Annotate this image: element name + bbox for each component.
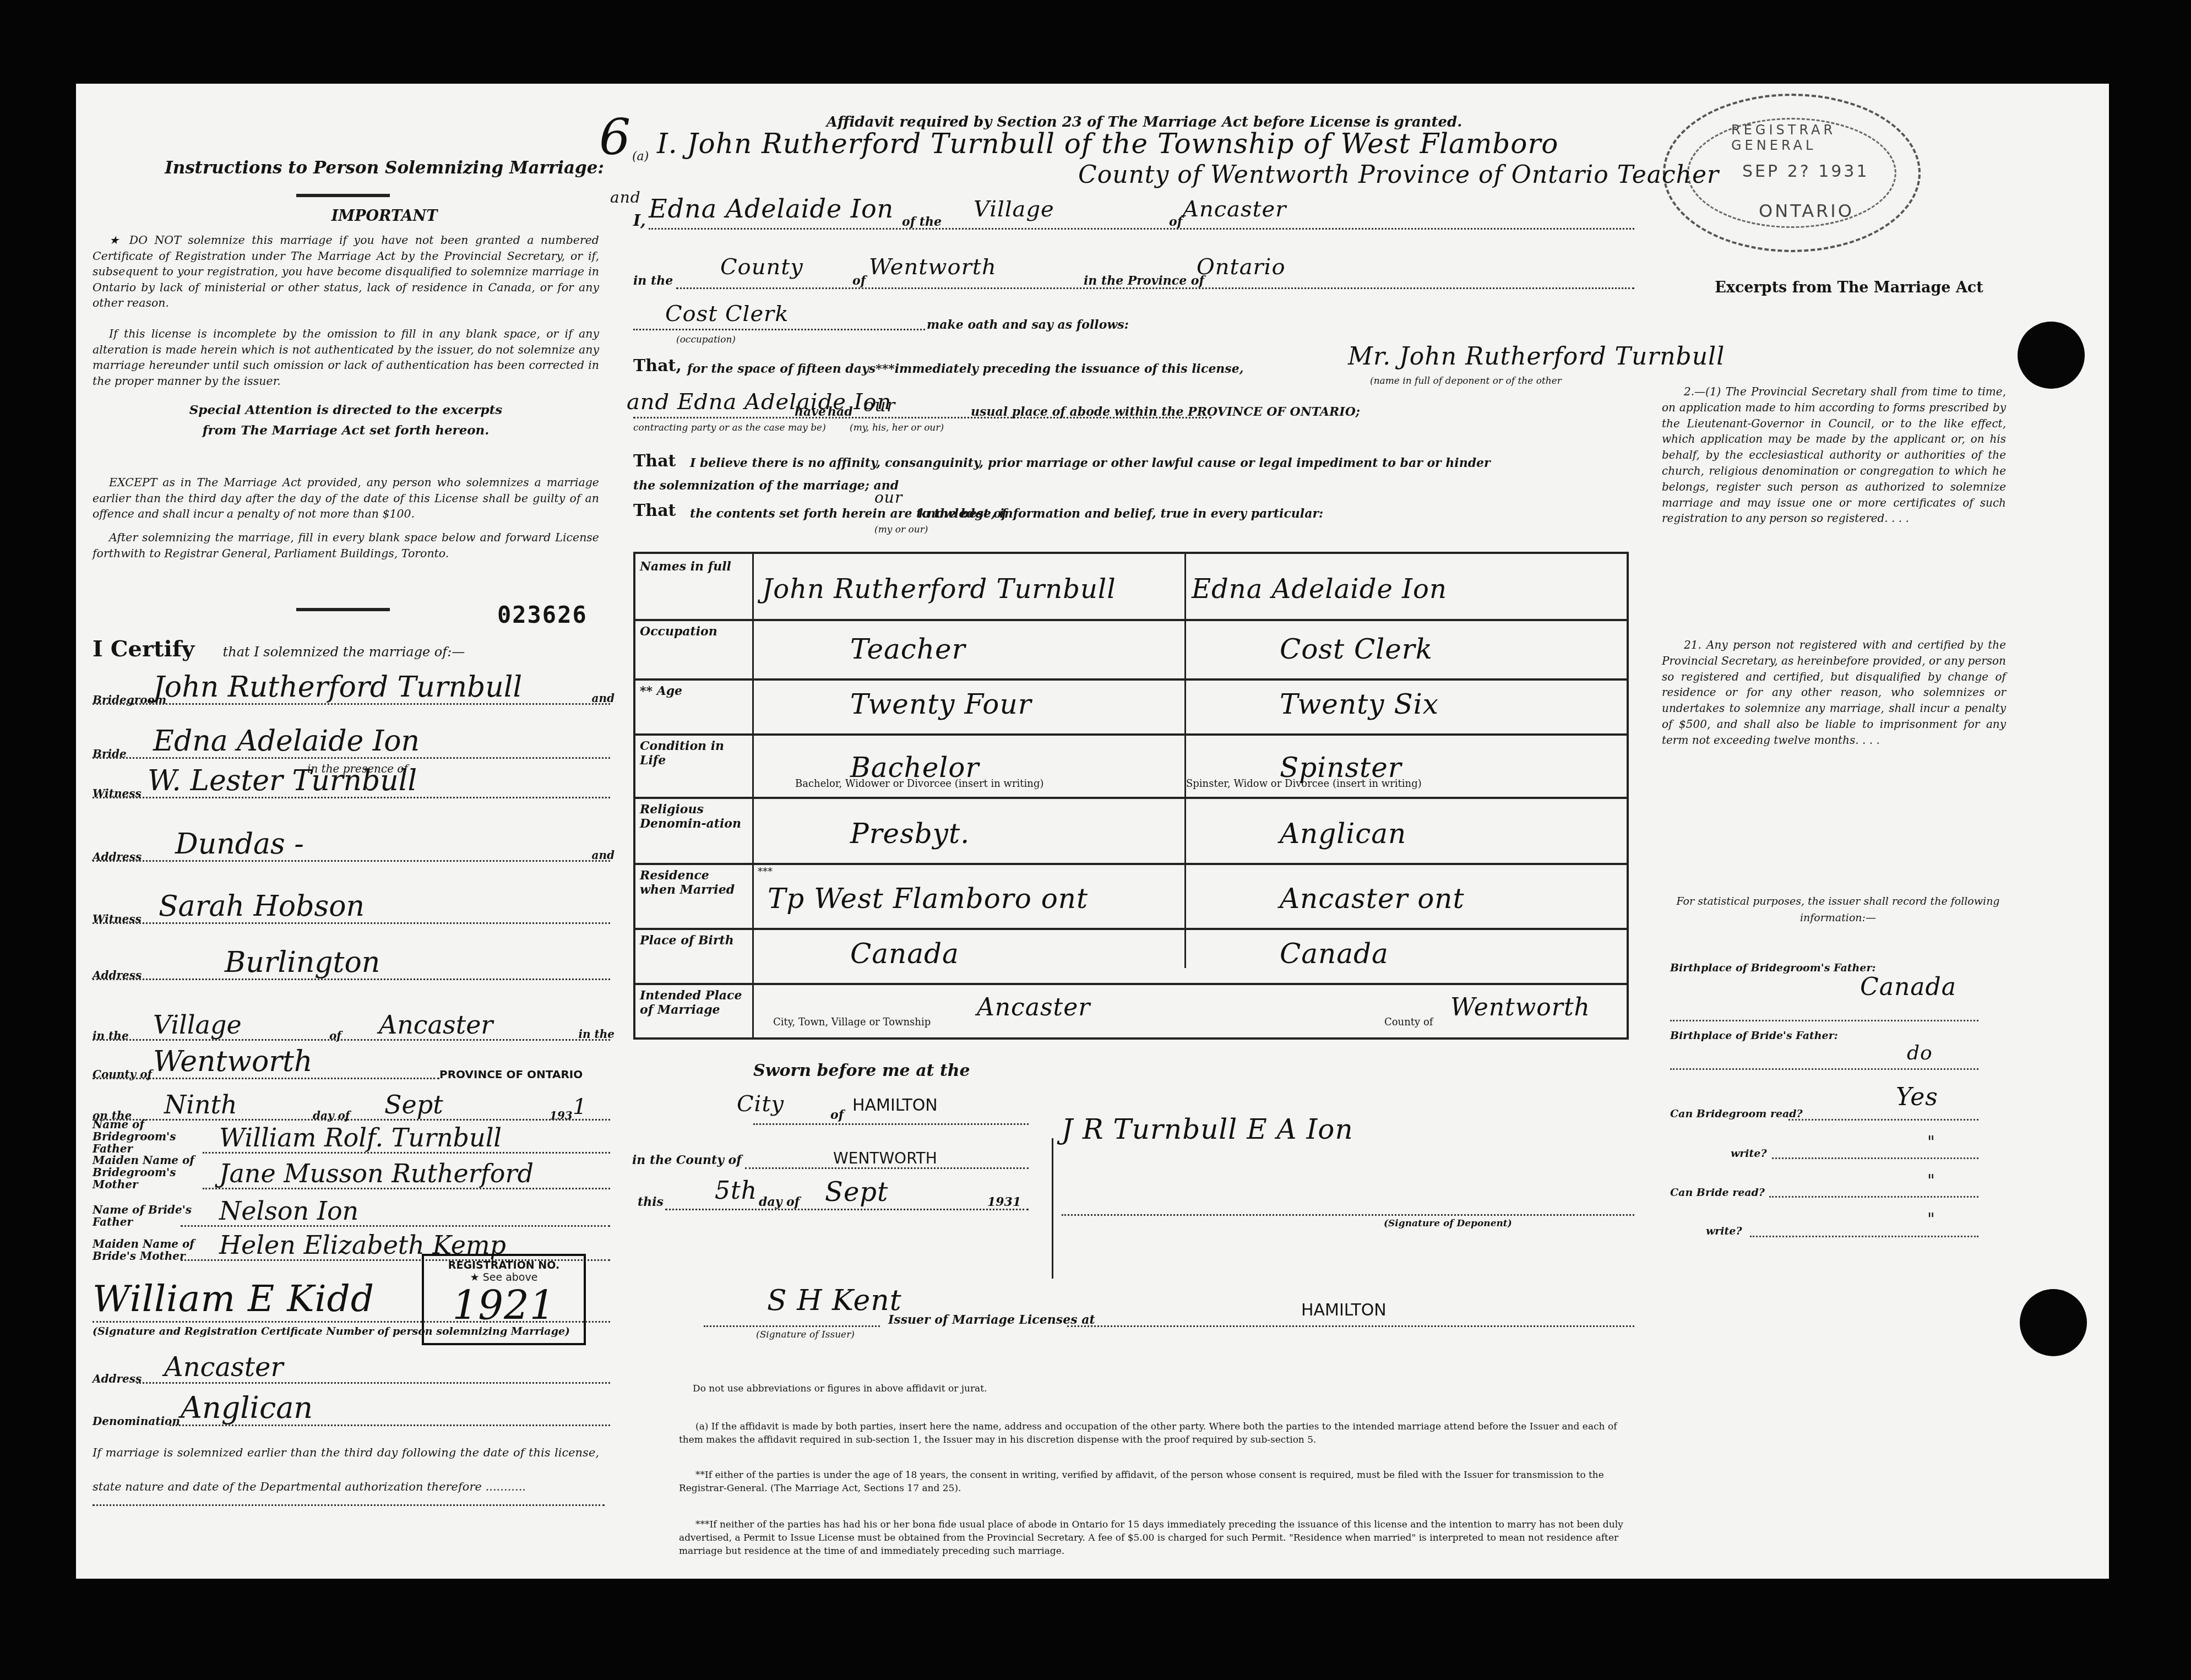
bridegroom-value: John Rutherford Turnbull	[153, 671, 522, 704]
row-label: Place of Birth	[640, 933, 744, 948]
witness2-field[interactable]: Witness Sarah Hobson	[93, 870, 610, 925]
city-hint: City, Town, Village or Township	[773, 1016, 931, 1028]
divider	[296, 194, 390, 197]
stamp-date: SEP 2? 1931	[1742, 162, 1869, 181]
row-label: Intended Place of Marriage	[640, 988, 744, 1017]
signature-caption: (Signature and Registration Certificate …	[93, 1325, 570, 1338]
deponent2-occupation: Cost Clerk	[665, 301, 789, 327]
province-name: Ontario	[1197, 254, 1285, 280]
footnote-double-star: **If either of the parties is under the …	[679, 1469, 1637, 1495]
bride-0: Edna Adelaide Ion	[1192, 574, 1447, 605]
particulars-table: Names in fullJohn Rutherford TurnbullEdn…	[633, 552, 1629, 1040]
denomination-field[interactable]: Denomination Anglican	[93, 1383, 610, 1427]
instruction-para-4: After solemnizing the marriage, fill in …	[93, 530, 599, 561]
sworn-city: HAMILTON	[852, 1096, 938, 1115]
statistical-intro: For statistical purposes, the issuer sha…	[1667, 893, 2009, 926]
groom-5: Tp West Flamboro ont	[768, 883, 1088, 915]
table-row: Condition in LifeBachelorSpinsterBachelo…	[635, 733, 1627, 799]
intended-county: Wentworth	[1450, 993, 1590, 1021]
row-label: ** Age	[640, 684, 744, 698]
footnote-a: (a) If the affidavit is made by both par…	[679, 1420, 1637, 1447]
deponent1-line: I. John Rutherford Turnbull of the Towns…	[657, 128, 1558, 160]
deponent1-line2: County of Wentworth Province of Ontario …	[1078, 161, 1719, 189]
county-name: Wentworth	[869, 254, 997, 280]
issuer-place: HAMILTON	[1301, 1301, 1387, 1320]
row-label: Occupation	[640, 624, 744, 639]
groom-condition-hint: Bachelor, Widower or Divorcee (insert in…	[795, 778, 1044, 790]
bride-can-read: "	[1927, 1171, 1936, 1190]
address1-field[interactable]: Address Dundas - and	[93, 808, 610, 863]
bride-condition-hint: Spinster, Widow or Divorcee (insert in w…	[1186, 778, 1422, 790]
bride-2: Twenty Six	[1280, 688, 1439, 720]
punch-hole	[2018, 322, 2085, 389]
groom-can-write: "	[1927, 1133, 1936, 1152]
county-hint: County of	[1384, 1016, 1433, 1028]
table-row: Residence when MarriedTp West Flamboro o…	[635, 863, 1627, 930]
punch-hole	[2020, 1289, 2087, 1356]
witness1-field[interactable]: Witness W. Lester Turnbull	[93, 744, 610, 800]
instructions-title: Instructions to Person Solemnizing Marri…	[120, 158, 649, 178]
bride-can-write: "	[1927, 1210, 1936, 1229]
bride-father-birthplace: do	[1907, 1042, 1933, 1064]
address2-value: Burlington	[225, 946, 380, 979]
groom-1: Teacher	[850, 633, 966, 665]
table-row: ** AgeTwenty FourTwenty Six	[635, 678, 1627, 736]
important-heading: IMPORTANT	[120, 208, 649, 225]
special-attention-2: from The Marriage Act set forth hereon.	[93, 421, 599, 441]
divider	[296, 608, 390, 611]
footnote-no-abbreviations: Do not use abbreviations or figures in a…	[693, 1382, 1651, 1395]
row-label: Condition in Life	[640, 739, 744, 768]
officiant-address-value: Ancaster	[164, 1352, 283, 1383]
sworn-day: 5th	[715, 1177, 757, 1205]
groom-can-read: Yes	[1896, 1083, 1938, 1111]
denomination-value: Anglican	[181, 1390, 313, 1425]
deponent2-name: Edna Adelaide Ion	[649, 194, 894, 224]
sworn-month: Sept	[825, 1177, 888, 1208]
groom-father-birthplace: Canada	[1860, 973, 1956, 1001]
instruction-para-2: If this license is incomplete by the omi…	[93, 326, 599, 389]
groom-4: Presbyt.	[850, 818, 970, 850]
address1-value: Dundas -	[175, 828, 304, 861]
instruction-para-3: EXCEPT as in The Marriage Act provided, …	[93, 475, 599, 522]
bride-6: Canada	[1280, 938, 1389, 970]
table-row: Religious Denomin-ationPresbyt.Anglican	[635, 797, 1627, 865]
address2-field[interactable]: Address Burlington	[93, 926, 610, 981]
marriage-license-document: Instructions to Person Solemnizing Marri…	[76, 84, 2109, 1579]
bride-4: Anglican	[1280, 818, 1406, 850]
instruction-para-1: ★ DO NOT solemnize this marriage if you …	[93, 232, 599, 311]
table-row: Intended Place of MarriageCity, Town, Vi…	[635, 983, 1627, 1037]
license-serial-number: 023626	[497, 601, 588, 628]
officiant-signature: William E Kidd	[93, 1277, 374, 1320]
row-label: Religious Denomin-ation	[640, 802, 744, 831]
sworn-label: Sworn before me at the	[753, 1061, 970, 1080]
place-name: Ancaster	[1183, 197, 1286, 222]
row-label: Names in full	[640, 559, 744, 574]
row-label: Residence when Married	[640, 868, 744, 897]
sworn-county: WENTWORTH	[833, 1149, 937, 1167]
groom-2: Twenty Four	[850, 688, 1032, 720]
place-type: Village	[974, 197, 1054, 222]
footnote-triple-star: ***If neither of the parties has had his…	[679, 1518, 1637, 1558]
early-solemnization-note: If marriage is solemnized earlier than t…	[93, 1436, 599, 1504]
margin-mark: 6	[599, 108, 631, 166]
table-row: Place of BirthCanadaCanada	[635, 928, 1627, 985]
table-row: OccupationTeacherCost Clerk	[635, 619, 1627, 681]
officiant-address-field[interactable]: Address Ancaster	[93, 1344, 610, 1385]
bride-5: Ancaster ont	[1280, 883, 1465, 915]
table-row: Names in fullJohn Rutherford TurnbullEdn…	[635, 554, 1627, 621]
bridegroom-field[interactable]: Bridegroom John Rutherford Turnbull and	[93, 651, 610, 706]
groom-0: John Rutherford Turnbull	[762, 574, 1116, 605]
excerpts-title: Excerpts from The Marriage Act	[1662, 279, 2036, 296]
deponent-signatures: J R Turnbull E A Ion	[1062, 1113, 1353, 1145]
sworn-year: 1931	[987, 1195, 1021, 1209]
issuer-signature: S H Kent	[767, 1284, 902, 1317]
residency-name-1: Mr. John Rutherford Turnbull	[1348, 342, 1725, 371]
witness2-value: Sarah Hobson	[159, 890, 365, 923]
act-section-2: 2.—(1) The Provincial Secretary shall fr…	[1662, 384, 2006, 526]
footnote-mark: ***	[758, 866, 773, 878]
bride-1: Cost Clerk	[1280, 633, 1433, 665]
intended-city: Ancaster	[977, 993, 1090, 1021]
act-section-21: 21. Any person not registered with and c…	[1662, 637, 2006, 748]
groom-6: Canada	[850, 938, 959, 970]
witness1-value: W. Lester Turnbull	[148, 764, 417, 797]
special-attention-1: Special Attention is directed to the exc…	[93, 400, 599, 420]
